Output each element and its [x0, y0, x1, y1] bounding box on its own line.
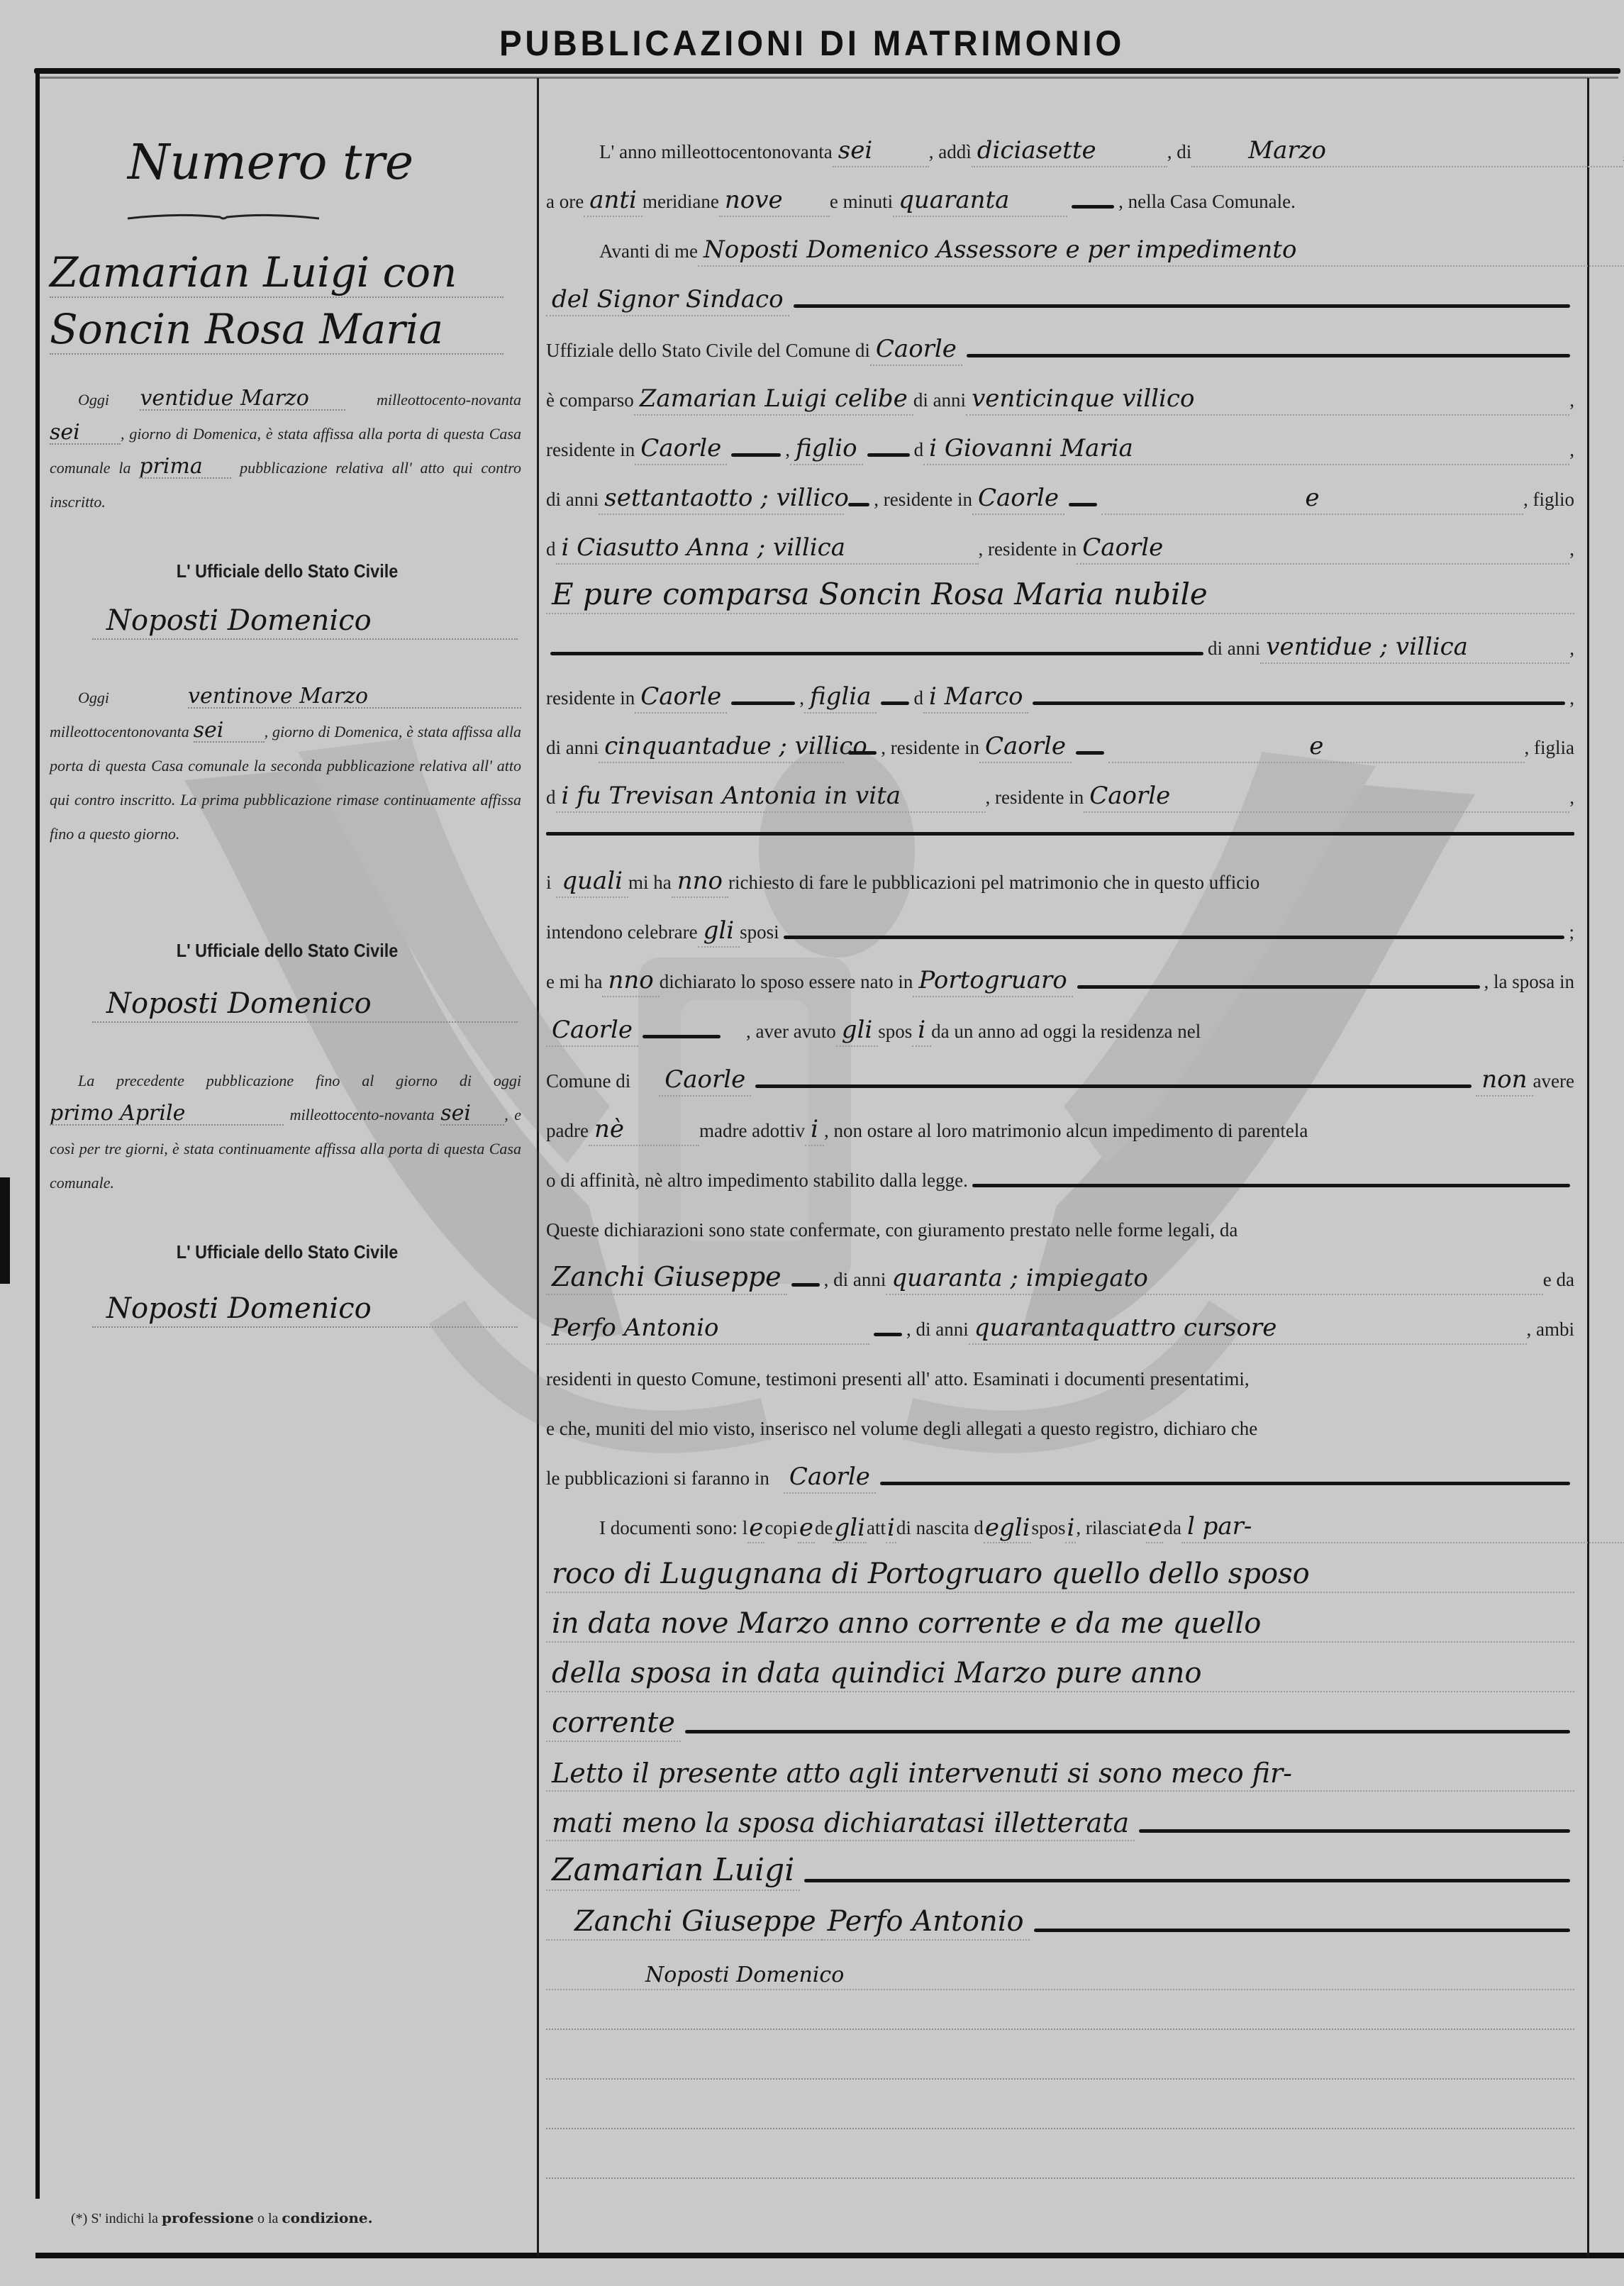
final-publication-year: sei [440, 1103, 504, 1126]
act-line-21: o di affinità, nè altro impedimento stab… [546, 1149, 1574, 1196]
act-line-29: roco di Lugugnana di Portogruaro quello … [546, 1546, 1574, 1593]
act-line-10: E pure comparsa Soncin Rosa Maria nubile [546, 567, 1574, 614]
act-line-27: le pubblicazioni si faranno in Caorle [546, 1447, 1574, 1494]
act-line-32: corrente [546, 1695, 1574, 1742]
footnote: (*) S' indichi la professione o la condi… [71, 2209, 373, 2227]
first-publication-ordinal: prima [139, 456, 231, 479]
civil-officer-label-3: L' Ufficiale dello Stato Civile [74, 1241, 501, 1263]
civil-officer-label-2: L' Ufficiale dello Stato Civile [74, 940, 501, 962]
spouses-name-line-2: Soncin Rosa Maria [50, 305, 504, 355]
act-line-11: di anni ventidue ; villica , [546, 617, 1574, 664]
document-title: PUBBLICAZIONI DI MATRIMONIO [40, 23, 1584, 64]
first-publication-date: ventidue Marzo [140, 388, 345, 411]
blank-ruled-line [546, 2177, 1574, 2179]
act-line-18: Caorle , aver avuto gli spos i da un ann… [546, 1000, 1574, 1047]
act-line-22: Queste dichiarazioni sono state conferma… [546, 1199, 1574, 1245]
act-line-1: L' anno milleottocentonovanta sei , addì… [546, 121, 1624, 167]
act-line-33: Letto il presente atto agli intervenuti … [546, 1745, 1574, 1792]
act-line-4: del Signor Sindaco [546, 270, 1574, 316]
blank-ruled-line [546, 2128, 1574, 2129]
act-line-19: Comune di Caorle non avere [546, 1050, 1574, 1097]
second-publication-year: sei [194, 720, 265, 743]
act-line-9: d i Ciasutto Anna ; villica , residente … [546, 518, 1574, 565]
act-line-2: a ore anti meridiane nove e minuti quara… [546, 170, 1574, 217]
first-publication-year: sei [50, 422, 121, 445]
act-line-26: e che, muniti del mio visto, inserisco n… [546, 1397, 1574, 1444]
act-line-34: mati meno la sposa dichiaratasi illetter… [546, 1794, 1574, 1841]
second-publication-date: ventinove Marzo [188, 686, 521, 709]
act-line-17: e mi ha nno dichiarato lo sposo essere n… [546, 950, 1574, 997]
act-line-14: d i fu Trevisan Antonia in vita , reside… [546, 766, 1574, 813]
groom-signature-line: Zamarian Luigi [546, 1844, 1574, 1891]
witnesses-signature-line: Zanchi Giuseppe Perfo Antonio [546, 1894, 1574, 1941]
act-line-7: residente in Caorle , figlio d i Giovann… [546, 418, 1574, 465]
frame-top-rule [34, 68, 1620, 74]
act-line-24: Perfo Antonio , di anni quarantaquattro … [546, 1298, 1574, 1345]
act-line-15: i quali mi ha nno richiesto di fare le p… [546, 851, 1574, 898]
spouses-name-line-1: Zamarian Luigi con [50, 248, 504, 298]
act-line-28: I documenti sono: le copie degli atti di… [546, 1497, 1624, 1543]
act-line-23: Zanchi Giuseppe , di anni quaranta ; imp… [546, 1248, 1574, 1295]
section-separator [546, 832, 1574, 836]
frame-top-rule-thin [39, 77, 1618, 79]
flourish-divider-icon [128, 213, 319, 221]
act-line-5: Uffiziale dello Stato Civile del Comune … [546, 319, 1574, 366]
officer-signature-3: Noposti Domenico [92, 1291, 518, 1328]
blank-ruled-line [546, 2029, 1574, 2030]
record-number: Numero tre [128, 135, 413, 191]
act-line-6: è comparso Zamarian Luigi celibe di anni… [546, 369, 1574, 416]
first-publication-text: Oggi ventidue Marzo milleottocento-novan… [50, 383, 521, 519]
final-publication-date: primo Aprile [50, 1103, 284, 1126]
frame-bottom-rule [35, 2253, 1624, 2258]
final-publication-text: La precedente pubblicazione fino al gior… [50, 1064, 521, 1200]
page-edge-mark [0, 1177, 10, 1284]
act-line-31: della sposa in data quindici Marzo pure … [546, 1646, 1574, 1692]
frame-right-rule [1587, 78, 1589, 2257]
act-line-25: residenti in questo Comune, testimoni pr… [546, 1348, 1574, 1394]
officer-signature-1: Noposti Domenico [92, 603, 518, 640]
blank-ruled-line [546, 2078, 1574, 2080]
act-line-16: intendono celebrare gli sposi ; [546, 901, 1574, 948]
frame-left-rule [35, 71, 40, 2199]
act-line-13: di anni cinquantadue ; villico , residen… [546, 716, 1574, 763]
officer-signature-2: Noposti Domenico [92, 986, 518, 1023]
second-publication-text: Oggi ventinove Marzo milleottocentonovan… [50, 681, 521, 851]
act-line-12: residente in Caorle , figlia d i Marco , [546, 667, 1574, 714]
officer-signature-line: Noposti Domenico [546, 1943, 1574, 1990]
act-line-30: in data nove Marzo anno corrente e da me… [546, 1596, 1574, 1643]
column-divider [537, 78, 539, 2257]
act-line-3: Avanti di me Noposti Domenico Assessore … [546, 220, 1624, 267]
act-line-8: di anni settantaotto ; villico , residen… [546, 468, 1574, 515]
act-line-20: padre nè madre adottiv i , non ostare al… [546, 1099, 1574, 1146]
civil-officer-label-1: L' Ufficiale dello Stato Civile [74, 560, 501, 582]
